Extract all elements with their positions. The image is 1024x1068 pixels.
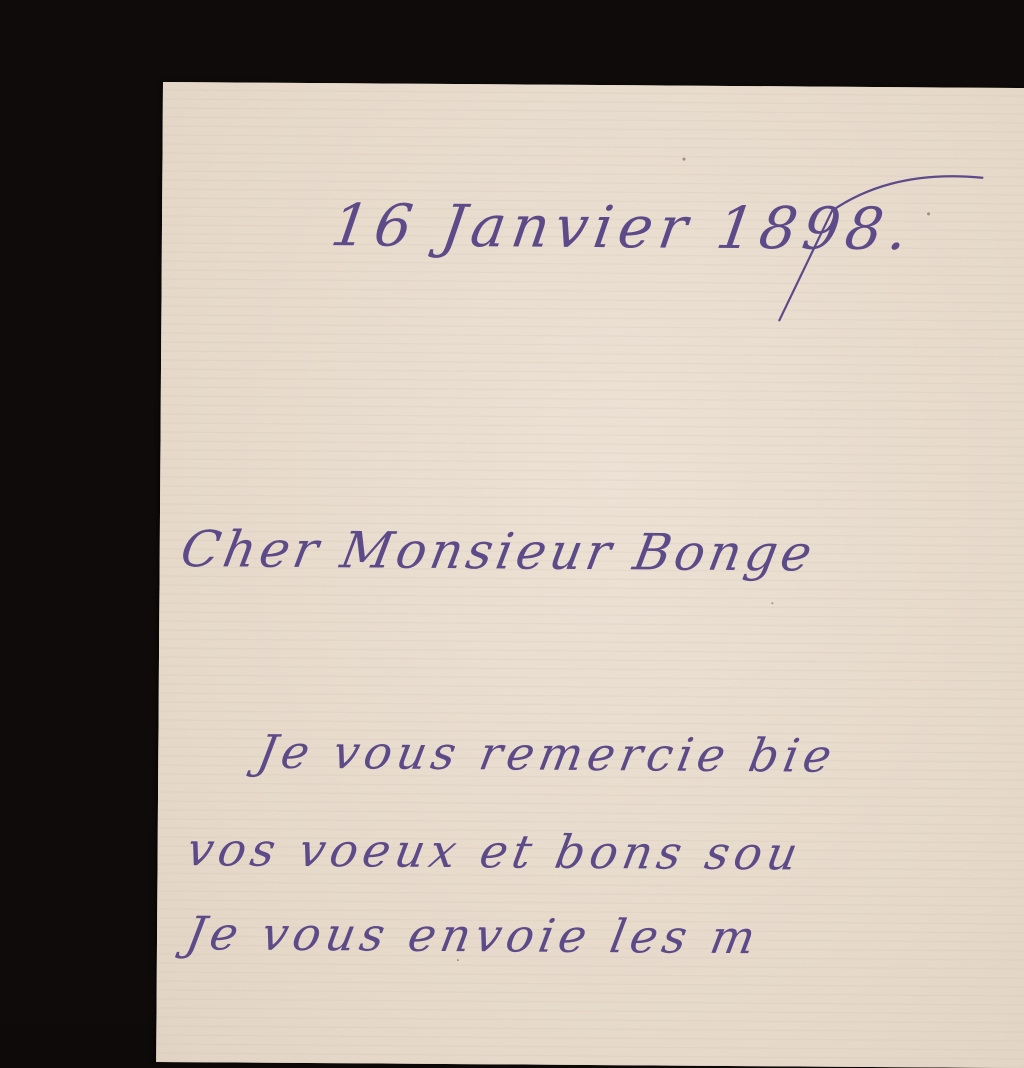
letter-salutation: Cher Monsieur Bonge [176, 520, 820, 582]
letter-body-line: Je vous envoie les m [182, 906, 765, 964]
date-flourish-stroke [771, 170, 992, 332]
letter-sheet: 16 Janvier 1898. Cher Monsieur Bonge Je … [156, 82, 1024, 1024]
letter-body-line: Je vous remercie bie [253, 725, 840, 783]
letter-body-line: vos voeux et bons sou [183, 822, 807, 880]
